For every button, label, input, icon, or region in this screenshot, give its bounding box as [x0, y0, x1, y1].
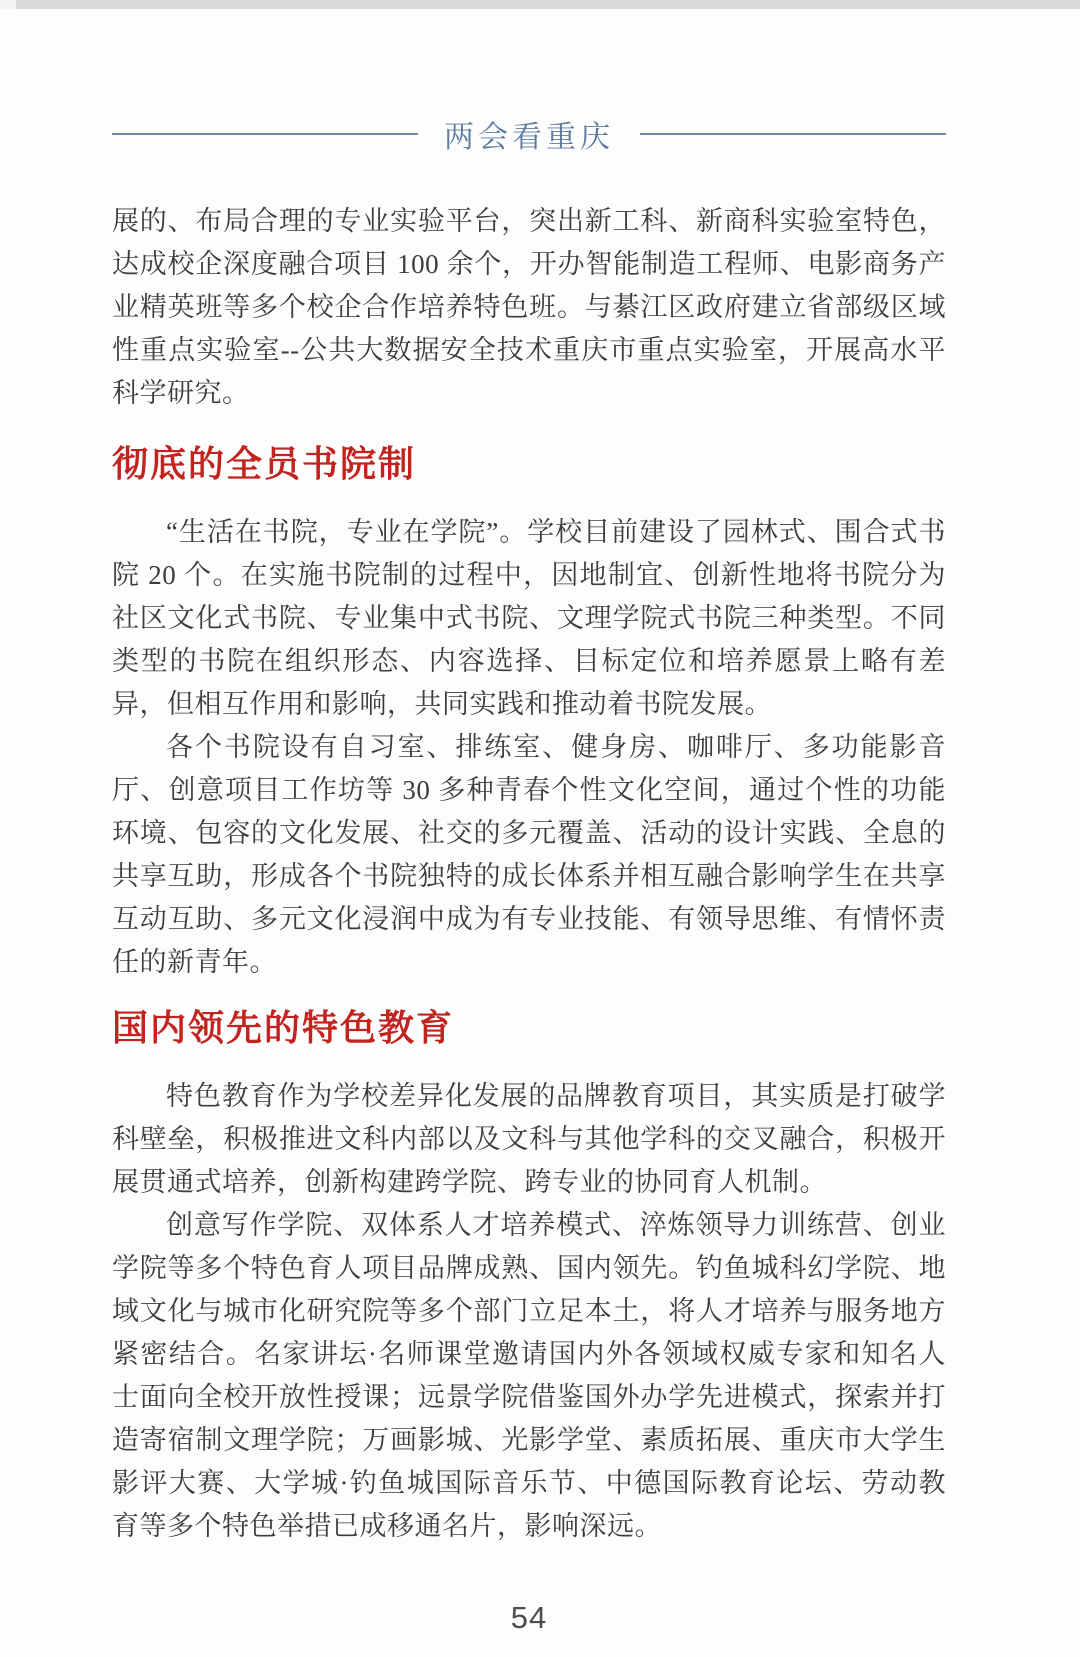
section-heading-featured-education: 国内领先的特色教育: [112, 1006, 946, 1050]
page-footer: 54: [112, 1600, 946, 1636]
paragraph-academy-types: “生活在书院，专业在学院”。学校目前建设了园林式、围合式书院 20 个。在实施书…: [112, 511, 946, 726]
section-heading-academy-system: 彻底的全员书院制: [112, 442, 946, 486]
paragraph-academy-spaces: 各个书院设有自习室、排练室、健身房、咖啡厅、多功能影音厅、创意项目工作坊等 30…: [112, 726, 946, 984]
header-rule-left: [112, 133, 418, 135]
page-content: 两会看重庆 展的、布局合理的专业实验平台，突出新工科、新商科实验室特色，达成校企…: [0, 0, 1080, 1636]
paragraph-continuation: 展的、布局合理的专业实验平台，突出新工科、新商科实验室特色，达成校企深度融合项目…: [112, 200, 946, 415]
paragraph-featured-programs: 创意写作学院、双体系人才培养模式、淬炼领导力训练营、创业学院等多个特色育人项目品…: [112, 1204, 946, 1548]
document-page: 两会看重庆 展的、布局合理的专业实验平台，突出新工科、新商科实验室特色，达成校企…: [0, 0, 1080, 1657]
running-header-title: 两会看重庆: [444, 112, 614, 156]
running-header: 两会看重庆: [112, 112, 946, 156]
paragraph-featured-education-intro: 特色教育作为学校差异化发展的品牌教育项目，其实质是打破学科壁垒，积极推进文科内部…: [112, 1075, 946, 1204]
header-rule-right: [640, 133, 946, 135]
page-number: 54: [511, 1600, 547, 1635]
